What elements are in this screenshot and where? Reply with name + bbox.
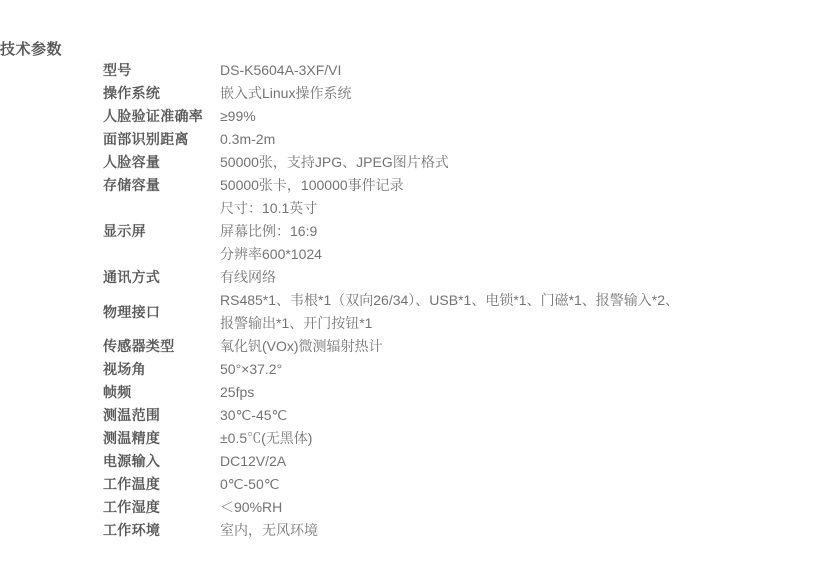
spec-value-line: ＜90%RH bbox=[220, 496, 813, 519]
spec-row-temp-accuracy: 测温精度 ±0.5℃(无黑体) bbox=[103, 427, 813, 450]
spec-row-working-humidity: 工作湿度 ＜90%RH bbox=[103, 496, 813, 519]
spec-row-face-capacity: 人脸容量 50000张，支持JPG、JPEG图片格式 bbox=[103, 151, 813, 174]
spec-value-line: 25fps bbox=[220, 381, 813, 404]
spec-value-line: 30℃-45℃ bbox=[220, 404, 813, 427]
spec-value: 50°×37.2° bbox=[220, 358, 813, 381]
spec-value: 50000张，支持JPG、JPEG图片格式 bbox=[220, 151, 813, 174]
spec-value-line: 0℃-50℃ bbox=[220, 473, 813, 496]
spec-row-working-environment: 工作环境 室内，无风环境 bbox=[103, 519, 813, 542]
spec-value: ≥99% bbox=[220, 105, 813, 128]
spec-label: 存储容量 bbox=[103, 174, 220, 197]
spec-row-temp-range: 测温范围 30℃-45℃ bbox=[103, 404, 813, 427]
spec-page: 技术参数 型号 DS-K5604A-3XF/VI 操作系统 嵌入式Linux操作… bbox=[0, 0, 826, 563]
spec-row-os: 操作系统 嵌入式Linux操作系统 bbox=[103, 82, 813, 105]
spec-label: 面部识别距离 bbox=[103, 128, 220, 151]
spec-value: RS485*1、韦根*1（双向26/34）、USB*1、电锁*1、门磁*1、报警… bbox=[220, 289, 813, 335]
spec-value-line: 50°×37.2° bbox=[220, 358, 813, 381]
spec-value-line: 分辨率600*1024 bbox=[220, 243, 813, 266]
spec-label: 帧频 bbox=[103, 381, 220, 404]
spec-row-display: 显示屏 尺寸：10.1英寸 屏幕比例：16:9 分辨率600*1024 bbox=[103, 197, 813, 266]
spec-label: 工作环境 bbox=[103, 519, 220, 542]
spec-row-storage-capacity: 存储容量 50000张卡，100000事件记录 bbox=[103, 174, 813, 197]
spec-row-face-accuracy: 人脸验证准确率 ≥99% bbox=[103, 105, 813, 128]
spec-label: 人脸验证准确率 bbox=[103, 105, 220, 128]
spec-row-model: 型号 DS-K5604A-3XF/VI bbox=[103, 59, 813, 82]
spec-label: 工作温度 bbox=[103, 473, 220, 496]
spec-label: 电源输入 bbox=[103, 450, 220, 473]
spec-value: 50000张卡，100000事件记录 bbox=[220, 174, 813, 197]
spec-value-line: DS-K5604A-3XF/VI bbox=[220, 59, 813, 82]
spec-row-recognition-distance: 面部识别距离 0.3m-2m bbox=[103, 128, 813, 151]
spec-value: 25fps bbox=[220, 381, 813, 404]
spec-value-line: 50000张，支持JPG、JPEG图片格式 bbox=[220, 151, 813, 174]
spec-value: ＜90%RH bbox=[220, 496, 813, 519]
spec-label: 物理接口 bbox=[103, 289, 220, 335]
spec-value-line: ±0.5℃(无黑体) bbox=[220, 427, 813, 450]
spec-value: 有线网络 bbox=[220, 266, 813, 289]
spec-row-communication: 通讯方式 有线网络 bbox=[103, 266, 813, 289]
spec-value-line: 氧化钒(VOx)微测辐射热计 bbox=[220, 335, 813, 358]
spec-value-line: 屏幕比例：16:9 bbox=[220, 220, 813, 243]
spec-label: 人脸容量 bbox=[103, 151, 220, 174]
spec-value-line: 报警输出*1、开门按钮*1 bbox=[220, 312, 813, 335]
spec-value: 30℃-45℃ bbox=[220, 404, 813, 427]
spec-value-line: 50000张卡，100000事件记录 bbox=[220, 174, 813, 197]
spec-value: 室内，无风环境 bbox=[220, 519, 813, 542]
spec-label: 工作湿度 bbox=[103, 496, 220, 519]
spec-value-line: 有线网络 bbox=[220, 266, 813, 289]
spec-value-line: 0.3m-2m bbox=[220, 128, 813, 151]
spec-value: 尺寸：10.1英寸 屏幕比例：16:9 分辨率600*1024 bbox=[220, 197, 813, 266]
spec-row-physical-interface: 物理接口 RS485*1、韦根*1（双向26/34）、USB*1、电锁*1、门磁… bbox=[103, 289, 813, 335]
spec-row-power-input: 电源输入 DC12V/2A bbox=[103, 450, 813, 473]
page-title: 技术参数 bbox=[0, 38, 62, 59]
spec-label: 测温精度 bbox=[103, 427, 220, 450]
spec-label: 型号 bbox=[103, 59, 220, 82]
spec-value: DC12V/2A bbox=[220, 450, 813, 473]
spec-label: 操作系统 bbox=[103, 82, 220, 105]
spec-value: 0.3m-2m bbox=[220, 128, 813, 151]
spec-value: DS-K5604A-3XF/VI bbox=[220, 59, 813, 82]
spec-value: 0℃-50℃ bbox=[220, 473, 813, 496]
spec-row-working-temp: 工作温度 0℃-50℃ bbox=[103, 473, 813, 496]
spec-label: 显示屏 bbox=[103, 197, 220, 266]
spec-value-line: RS485*1、韦根*1（双向26/34）、USB*1、电锁*1、门磁*1、报警… bbox=[220, 289, 813, 312]
spec-value-line: 尺寸：10.1英寸 bbox=[220, 197, 813, 220]
spec-value-line: 室内，无风环境 bbox=[220, 519, 813, 542]
spec-label: 传感器类型 bbox=[103, 335, 220, 358]
spec-label: 视场角 bbox=[103, 358, 220, 381]
spec-value-line: DC12V/2A bbox=[220, 450, 813, 473]
spec-label: 通讯方式 bbox=[103, 266, 220, 289]
spec-table: 型号 DS-K5604A-3XF/VI 操作系统 嵌入式Linux操作系统 人脸… bbox=[103, 59, 813, 542]
spec-value: 嵌入式Linux操作系统 bbox=[220, 82, 813, 105]
spec-value-line: 嵌入式Linux操作系统 bbox=[220, 82, 813, 105]
spec-row-frame-rate: 帧频 25fps bbox=[103, 381, 813, 404]
spec-value: 氧化钒(VOx)微测辐射热计 bbox=[220, 335, 813, 358]
spec-label: 测温范围 bbox=[103, 404, 220, 427]
spec-value: ±0.5℃(无黑体) bbox=[220, 427, 813, 450]
spec-row-sensor-type: 传感器类型 氧化钒(VOx)微测辐射热计 bbox=[103, 335, 813, 358]
spec-value-line: ≥99% bbox=[220, 105, 813, 128]
spec-row-field-of-view: 视场角 50°×37.2° bbox=[103, 358, 813, 381]
